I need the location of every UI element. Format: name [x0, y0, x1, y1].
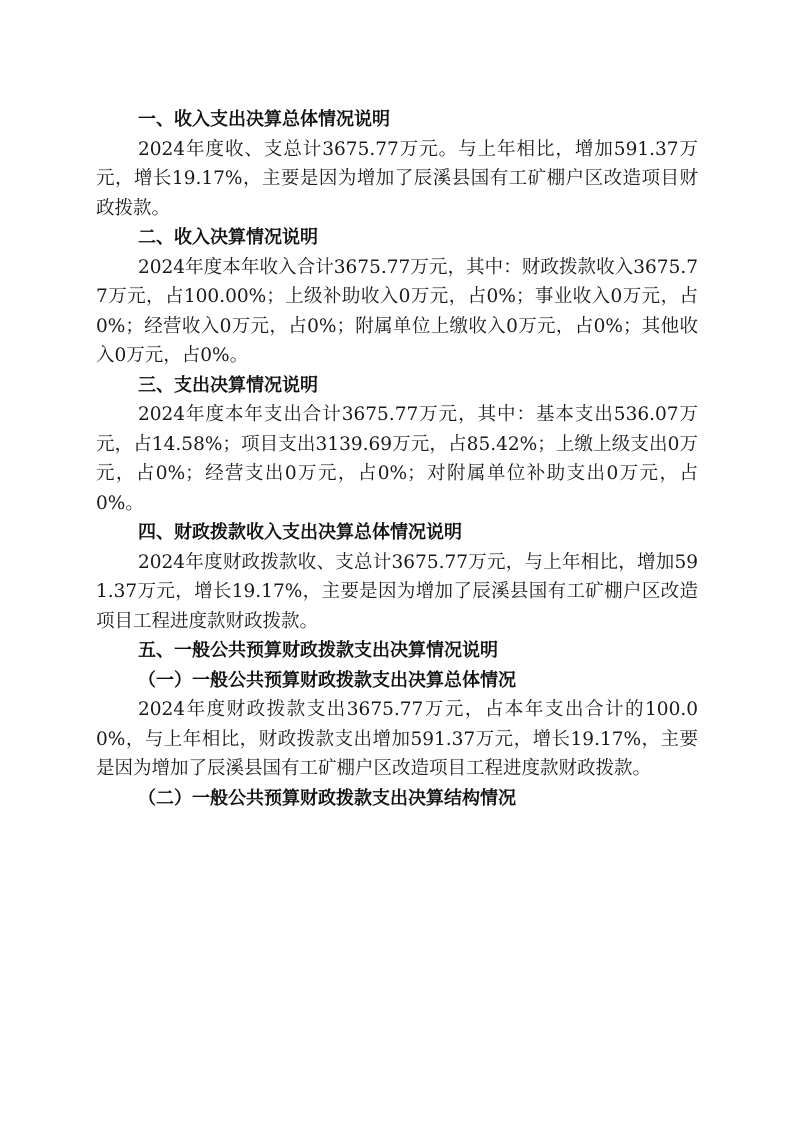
section-heading-5: 五、一般公共预算财政拨款支出决算情况说明: [96, 636, 698, 666]
section-heading-1: 一、收入支出决算总体情况说明: [96, 105, 698, 135]
subsection-heading-5-2: （二）一般公共预算财政拨款支出决算结构情况: [96, 784, 698, 814]
section-body-2: 2024年度本年收入合计3675.77万元，其中：财政拨款收入3675.77万元…: [96, 253, 698, 371]
section-body-3: 2024年度本年支出合计3675.77万元，其中：基本支出536.07万元，占1…: [96, 400, 698, 518]
section-body-1: 2024年度收、支总计3675.77万元。与上年相比，增加591.37万元，增长…: [96, 135, 698, 224]
subsection-heading-5-1: （一）一般公共预算财政拨款支出决算总体情况: [96, 666, 698, 696]
section-heading-3: 三、支出决算情况说明: [96, 371, 698, 401]
document-page: 一、收入支出决算总体情况说明 2024年度收、支总计3675.77万元。与上年相…: [96, 105, 698, 813]
section-body-4: 2024年度财政拨款收、支总计3675.77万元，与上年相比，增加591.37万…: [96, 548, 698, 637]
section-heading-2: 二、收入决算情况说明: [96, 223, 698, 253]
subsection-body-5-1: 2024年度财政拨款支出3675.77万元，占本年支出合计的100.00%，与上…: [96, 695, 698, 784]
section-heading-4: 四、财政拨款收入支出决算总体情况说明: [96, 518, 698, 548]
